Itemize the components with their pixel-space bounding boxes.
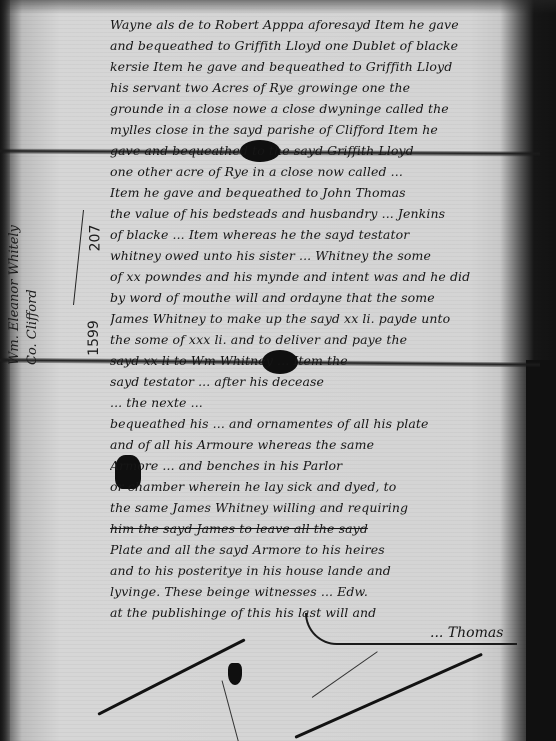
pen-stroke	[294, 653, 482, 739]
manuscript-line: sayd xx li to Wm Whitney ... Item the	[110, 350, 530, 371]
manuscript-line: the some of xxx li. and to deliver and p…	[110, 329, 530, 350]
year-note: 1599	[86, 320, 102, 356]
manuscript-line: James Whitney to make up the sayd xx li.…	[110, 308, 530, 329]
manuscript-line: the same James Whitney willing and requi…	[110, 497, 530, 518]
manuscript-body: Wayne als de to Robert Apppa aforesayd I…	[110, 14, 530, 623]
left-edge-shadow	[0, 0, 10, 741]
margin-note: Wm. Eleanor Whitely Co. Clifford 207 159…	[6, 175, 116, 365]
manuscript-line: his servant two Acres of Rye growinge on…	[110, 77, 530, 98]
manuscript-line: and to his posteritye in his house lande…	[110, 560, 530, 581]
manuscript-line: mylles close in the sayd parishe of Clif…	[110, 119, 530, 140]
pen-stroke	[312, 651, 378, 698]
signature: ... Thomas	[430, 625, 503, 641]
manuscript-line: the value of his bedsteads and husbandry…	[110, 203, 530, 224]
pen-stroke	[222, 680, 241, 741]
manuscript-line: whitney owed unto his sister ... Whitney…	[110, 245, 530, 266]
manuscript-line: Wayne als de to Robert Apppa aforesayd I…	[110, 14, 530, 35]
manuscript-line: sayd testator ... after his decease	[110, 371, 530, 392]
manuscript-line: grounde in a close nowe a close dwyninge…	[110, 98, 530, 119]
folio-number: 207	[87, 225, 103, 252]
manuscript-line: lyvinge. These beinge witnesses ... Edw.	[110, 581, 530, 602]
manuscript-page: Wm. Eleanor Whitely Co. Clifford 207 159…	[0, 0, 556, 741]
manuscript-line: of xx powndes and his mynde and intent w…	[110, 266, 530, 287]
manuscript-line: and of all his Armoure whereas the same	[110, 434, 530, 455]
margin-note-line: Wm. Eleanor Whitely	[6, 175, 24, 365]
manuscript-line: Item he gave and bequeathed to John Thom…	[110, 182, 530, 203]
pen-stroke	[97, 638, 245, 716]
manuscript-line: Armore ... and benches in his Parlor	[110, 455, 530, 476]
ink-blot	[228, 663, 242, 685]
manuscript-line: by word of mouthe will and ordayne that …	[110, 287, 530, 308]
margin-note-line: Co. Clifford	[24, 175, 42, 365]
margin-bracket	[61, 210, 84, 305]
manuscript-line: one other acre of Rye in a close now cal…	[110, 161, 530, 182]
manuscript-line: kersie Item he gave and bequeathed to Gr…	[110, 56, 530, 77]
manuscript-line: gave and bequeathed to the sayd Griffith…	[110, 140, 530, 161]
manuscript-line: him the sayd James to leave all the sayd	[110, 518, 530, 539]
manuscript-line: and bequeathed to Griffith Lloyd one Dub…	[110, 35, 530, 56]
manuscript-line: or chamber wherein he lay sick and dyed,…	[110, 476, 530, 497]
top-edge-shadow	[0, 0, 556, 14]
manuscript-line: ... the nexte ...	[110, 392, 530, 413]
manuscript-line: Plate and all the sayd Armore to his hei…	[110, 539, 530, 560]
right-edge-shadow	[526, 360, 556, 741]
manuscript-line: bequeathed his ... and ornamentes of all…	[110, 413, 530, 434]
manuscript-line: of blacke ... Item whereas he the sayd t…	[110, 224, 530, 245]
